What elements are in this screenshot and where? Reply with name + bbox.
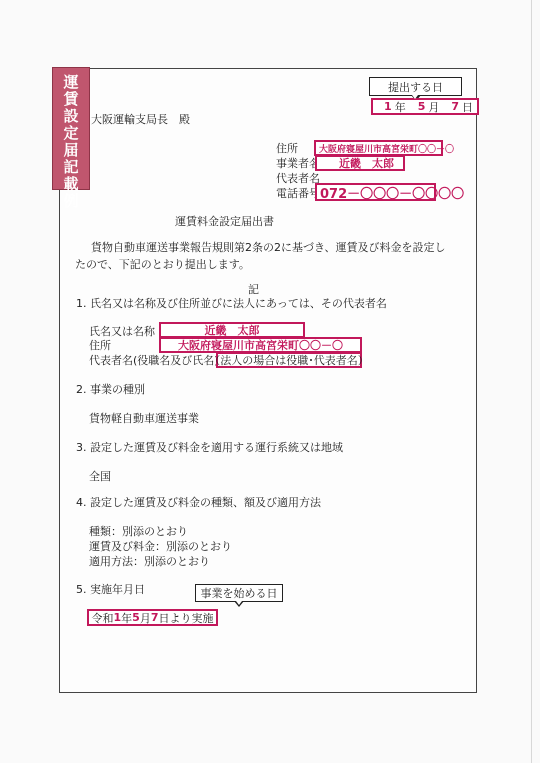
doc-title: 運賃料金設定届出書 bbox=[175, 215, 274, 229]
section-5-heading: 5. 実施年月日 bbox=[76, 583, 145, 597]
tab-char: 載 bbox=[63, 176, 78, 193]
tab-char: 例 bbox=[63, 193, 78, 210]
business-name-value: 近畿 太郎 bbox=[339, 155, 394, 171]
submit-day: 7 bbox=[451, 100, 459, 113]
callout-label: 提出する日 bbox=[388, 79, 443, 95]
day-unit: 日 bbox=[462, 99, 473, 115]
day-unit: 日より実施 bbox=[158, 610, 213, 626]
start-year: 1 bbox=[114, 611, 122, 624]
start-date-field[interactable]: 令和 1 年 5 月 7 日より実施 bbox=[87, 609, 218, 626]
section-3-body: 全国 bbox=[89, 470, 111, 484]
start-month: 5 bbox=[132, 611, 140, 624]
section-address-value: 大阪府寝屋川市高宮栄町〇〇－〇 bbox=[178, 337, 343, 353]
tab-char: 運 bbox=[63, 74, 78, 91]
tab-char: 設 bbox=[63, 108, 78, 125]
addressee: 大阪運輸支局長 殿 bbox=[91, 113, 190, 127]
tab-char: 記 bbox=[63, 159, 78, 176]
business-name-label: 事業者名 bbox=[276, 157, 320, 171]
month-unit: 月 bbox=[140, 610, 151, 626]
section-2-body: 貨物軽自動車運送事業 bbox=[89, 412, 199, 426]
section-1-heading: 1. 氏名又は名称及び住所並びに法人にあっては、その代表者名 bbox=[76, 297, 387, 311]
intro-line-1: 貨物自動車運送事業報告規則第2条の2に基づき、運賃及び料金を設定し bbox=[91, 241, 446, 255]
submit-year: 1 bbox=[384, 100, 392, 113]
address-field[interactable]: 大阪府寝屋川市高宮栄町〇〇－〇 bbox=[314, 140, 443, 156]
phone-label: 電話番号 bbox=[276, 187, 320, 201]
document-title-tab: 運 賃 設 定 届 記 載 例 bbox=[52, 67, 90, 190]
era-prefix: 令和 bbox=[92, 610, 114, 626]
submit-date-field[interactable]: 1 年 5 月 7 日 bbox=[371, 98, 479, 115]
submit-date-callout: 提出する日 bbox=[369, 77, 462, 96]
name-label: 氏名又は名称 bbox=[89, 325, 155, 339]
section-address-field[interactable]: 大阪府寝屋川市高宮栄町〇〇－〇 bbox=[159, 337, 362, 353]
section-4-line: 適用方法：別添のとおり bbox=[89, 555, 210, 569]
page-edge bbox=[531, 0, 532, 763]
submit-month: 5 bbox=[418, 100, 426, 113]
start-date-callout: 事業を始める日 bbox=[195, 584, 283, 602]
callout-label: 事業を始める日 bbox=[201, 585, 278, 601]
section-4-line: 運賃及び料金：別添のとおり bbox=[89, 540, 232, 554]
start-day: 7 bbox=[151, 611, 159, 624]
representative-label: 代表者名 bbox=[276, 172, 320, 186]
rep-label: 代表者名(役職名及び氏名) bbox=[89, 354, 219, 368]
section-2-heading: 2. 事業の種別 bbox=[76, 383, 145, 397]
rep-value: （法人の場合は役職･代表者名） bbox=[209, 352, 369, 368]
year-unit: 年 bbox=[395, 99, 406, 115]
address-label: 住所 bbox=[276, 142, 298, 156]
ki-label: 記 bbox=[248, 283, 259, 297]
section-4-line: 種類：別添のとおり bbox=[89, 525, 188, 539]
section-address-label: 住所 bbox=[89, 339, 111, 353]
phone-field[interactable]: 072－〇〇〇－〇〇〇〇 bbox=[315, 183, 436, 201]
section-3-heading: 3. 設定した運賃及び料金を適用する運行系統又は地域 bbox=[76, 441, 343, 455]
tab-char: 届 bbox=[63, 142, 78, 159]
tab-char: 定 bbox=[63, 125, 78, 142]
phone-value: 072－〇〇〇－〇〇〇〇 bbox=[320, 183, 464, 202]
name-value: 近畿 太郎 bbox=[205, 322, 260, 338]
rep-field[interactable]: （法人の場合は役職･代表者名） bbox=[216, 352, 362, 368]
business-name-field[interactable]: 近畿 太郎 bbox=[315, 155, 405, 171]
intro-line-2: たので、下記のとおり提出します。 bbox=[75, 258, 250, 272]
year-unit: 年 bbox=[121, 610, 132, 626]
tab-char: 賃 bbox=[63, 91, 78, 108]
name-field[interactable]: 近畿 太郎 bbox=[159, 322, 305, 338]
section-4-heading: 4. 設定した運賃及び料金の種類、額及び適用方法 bbox=[76, 496, 321, 510]
month-unit: 月 bbox=[428, 99, 439, 115]
address-value: 大阪府寝屋川市高宮栄町〇〇－〇 bbox=[319, 142, 454, 155]
